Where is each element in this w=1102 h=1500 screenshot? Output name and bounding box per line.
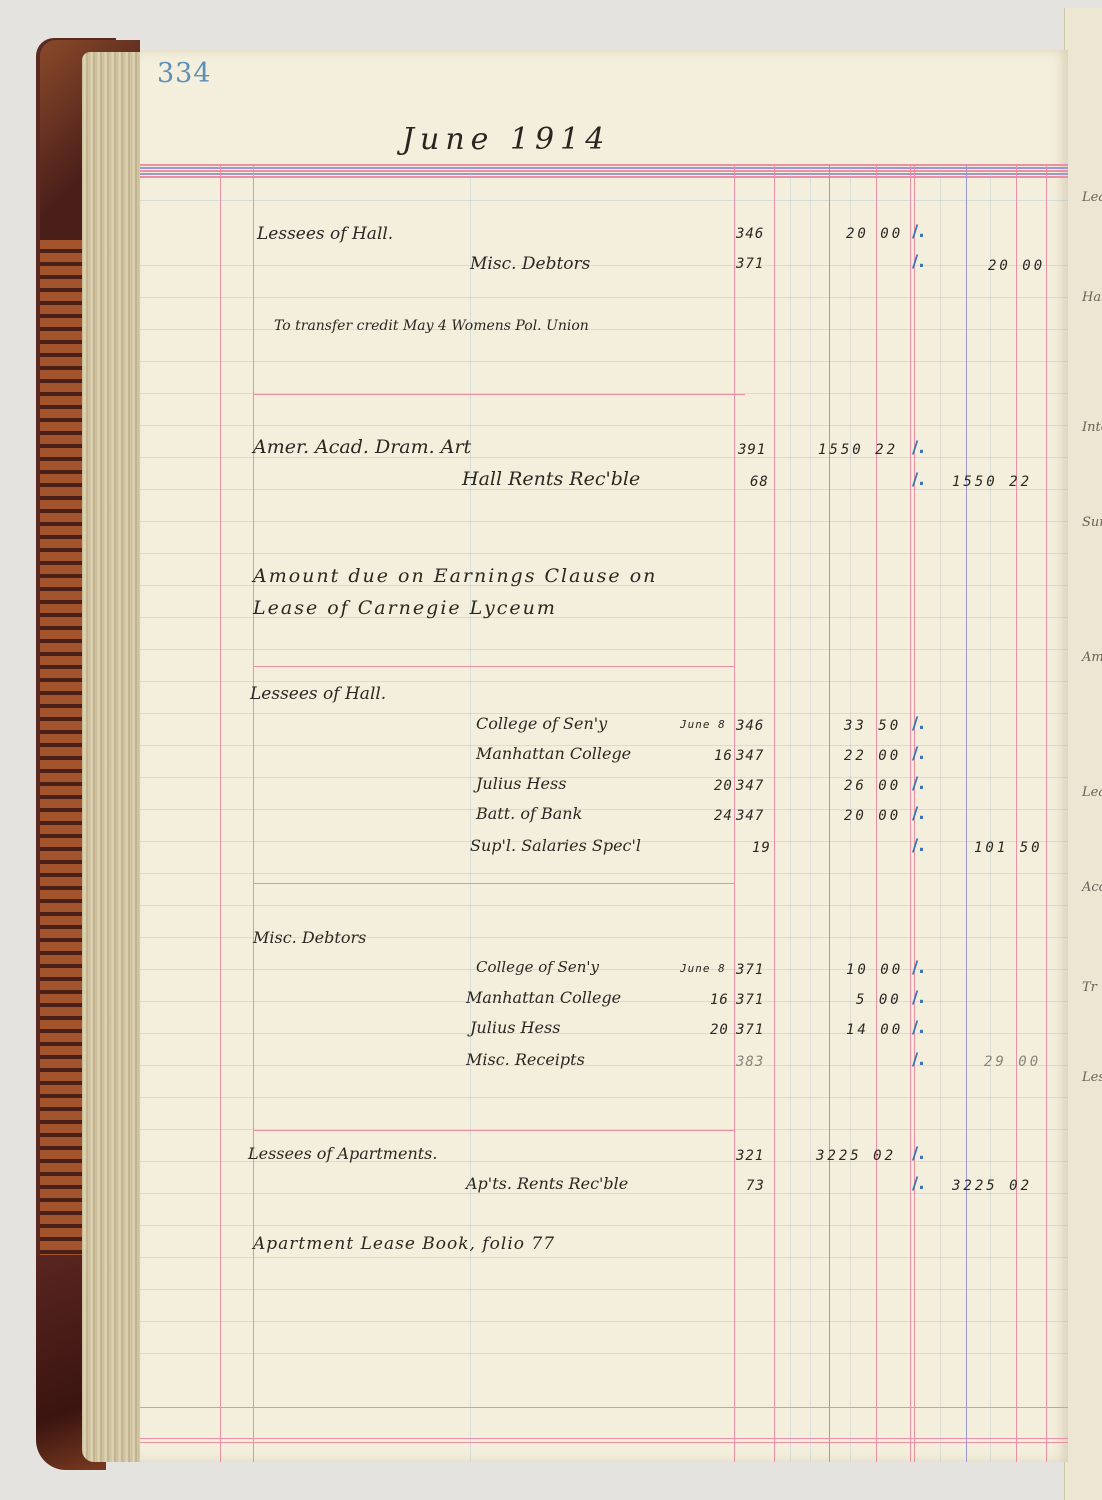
ledger-page: 334 June 1914 Lessees o: [140, 50, 1068, 1462]
entry-sub-account: College of Sen'y: [476, 958, 599, 976]
entry-debit-amount: 5 00: [856, 992, 902, 1008]
entry-debit-amount: 33 50: [844, 718, 901, 734]
entry-folio: 346: [736, 718, 764, 734]
entry-debit-amount: 26 00: [844, 778, 901, 794]
entry-credit-account: Ap'ts. Rents Rec'ble: [466, 1174, 628, 1193]
entry-sub-account: College of Sen'y: [476, 714, 607, 733]
entry-credit-account: Misc. Debtors: [470, 254, 590, 274]
entry-date: 20: [710, 1022, 729, 1038]
entry-debit-amount: 20 00: [844, 808, 901, 824]
book-spine: [40, 240, 82, 1290]
check-mark-icon: /.: [912, 438, 925, 458]
facing-page-fragment: Lea: [1082, 785, 1102, 800]
entry-sub-account: Manhattan College: [466, 988, 621, 1007]
check-mark-icon: /.: [912, 470, 925, 490]
entry-credit-account: Sup'l. Salaries Spec'l: [470, 836, 641, 855]
entry-credit-amount: 1550 22: [952, 474, 1032, 490]
check-mark-icon: /.: [912, 988, 925, 1008]
entry-debit-amount: 20 00: [846, 226, 903, 242]
facing-page-fragment: Less: [1082, 1070, 1102, 1085]
entry-date: June 8: [680, 962, 726, 975]
entry-debit-account: Lessees of Apartments.: [248, 1144, 437, 1163]
check-mark-icon: /.: [912, 714, 925, 734]
entry-debit-account: Lessees of Hall.: [250, 684, 386, 704]
facing-page-fragment: Inte: [1082, 420, 1102, 435]
check-mark-icon: /.: [912, 1144, 925, 1164]
entry-date: 24: [714, 808, 733, 824]
entry-debit-amount: 22 00: [844, 748, 901, 764]
check-mark-icon: /.: [912, 804, 925, 824]
entry-debit-amount: 3225 02: [816, 1148, 896, 1164]
entry-sub-account: Batt. of Bank: [476, 804, 582, 823]
entry-folio: 346: [736, 226, 764, 242]
entry-date: 20: [714, 778, 733, 794]
entry-note: To transfer credit May 4 Womens Pol. Uni…: [274, 318, 589, 334]
entry-folio: 73: [746, 1178, 765, 1194]
page-number: 334: [157, 58, 212, 89]
entry-debit-amount: 10 00: [846, 962, 903, 978]
entry-folio: 321: [736, 1148, 764, 1164]
entry-credit-account: Misc. Receipts: [466, 1050, 585, 1069]
entry-debit-amount: 1550 22: [818, 442, 898, 458]
entry-folio: 68: [750, 474, 769, 490]
entry-date: June 8: [680, 718, 726, 731]
entry-folio: 371: [736, 1022, 764, 1038]
page-date-heading: June 1914: [402, 122, 610, 157]
check-mark-icon: /.: [912, 1018, 925, 1038]
entry-debit-account: Amer. Acad. Dram. Art: [253, 436, 471, 458]
entry-credit-amount: 3225 02: [952, 1178, 1032, 1194]
entry-folio: 391: [738, 442, 766, 458]
entry-credit-amount: 101 50: [974, 840, 1043, 856]
check-mark-icon: /.: [912, 744, 925, 764]
entry-folio: 371: [736, 962, 764, 978]
entry-folio: 19: [752, 840, 771, 856]
facing-page-edge: [1064, 8, 1102, 1500]
entry-credit-amount: 29 00: [984, 1054, 1041, 1070]
check-mark-icon: /.: [912, 252, 925, 272]
entry-folio: 371: [736, 992, 764, 1008]
entry-folio: 347: [736, 778, 764, 794]
check-mark-icon: /.: [912, 1174, 925, 1194]
facing-page-fragment: Acc: [1082, 880, 1102, 895]
check-mark-icon: /.: [912, 222, 925, 242]
entry-sub-account: Julius Hess: [470, 1018, 560, 1037]
entry-date: 16: [710, 992, 729, 1008]
check-mark-icon: /.: [912, 958, 925, 978]
entry-debit-amount: 14 00: [846, 1022, 903, 1038]
entry-debit-account: Misc. Debtors: [253, 928, 366, 947]
page-edges: [82, 52, 148, 1462]
entry-folio: 383: [736, 1054, 764, 1070]
check-mark-icon: /.: [912, 1050, 925, 1070]
entry-sub-account: Julius Hess: [476, 774, 566, 793]
facing-page-fragment: Sun: [1082, 515, 1102, 530]
entry-debit-account: Lessees of Hall.: [257, 224, 393, 244]
entry-folio: 347: [736, 808, 764, 824]
facing-page-fragment: Lea: [1082, 190, 1102, 205]
entry-folio: 347: [736, 748, 764, 764]
entry-note: Apartment Lease Book, folio 77: [253, 1234, 555, 1254]
check-mark-icon: /.: [912, 774, 925, 794]
facing-page-fragment: Hal: [1082, 290, 1102, 305]
entry-date: 16: [714, 748, 733, 764]
entry-sub-account: Manhattan College: [476, 744, 631, 763]
facing-page-fragment: Tr: [1082, 980, 1097, 995]
facing-page-fragment: Amo: [1082, 650, 1102, 665]
entry-credit-amount: 20 00: [988, 258, 1045, 274]
check-mark-icon: /.: [912, 836, 925, 856]
entry-note: Amount due on Earnings Clause on Lease o…: [253, 560, 723, 624]
entry-folio: 371: [736, 256, 764, 272]
entry-credit-account: Hall Rents Rec'ble: [462, 468, 640, 490]
